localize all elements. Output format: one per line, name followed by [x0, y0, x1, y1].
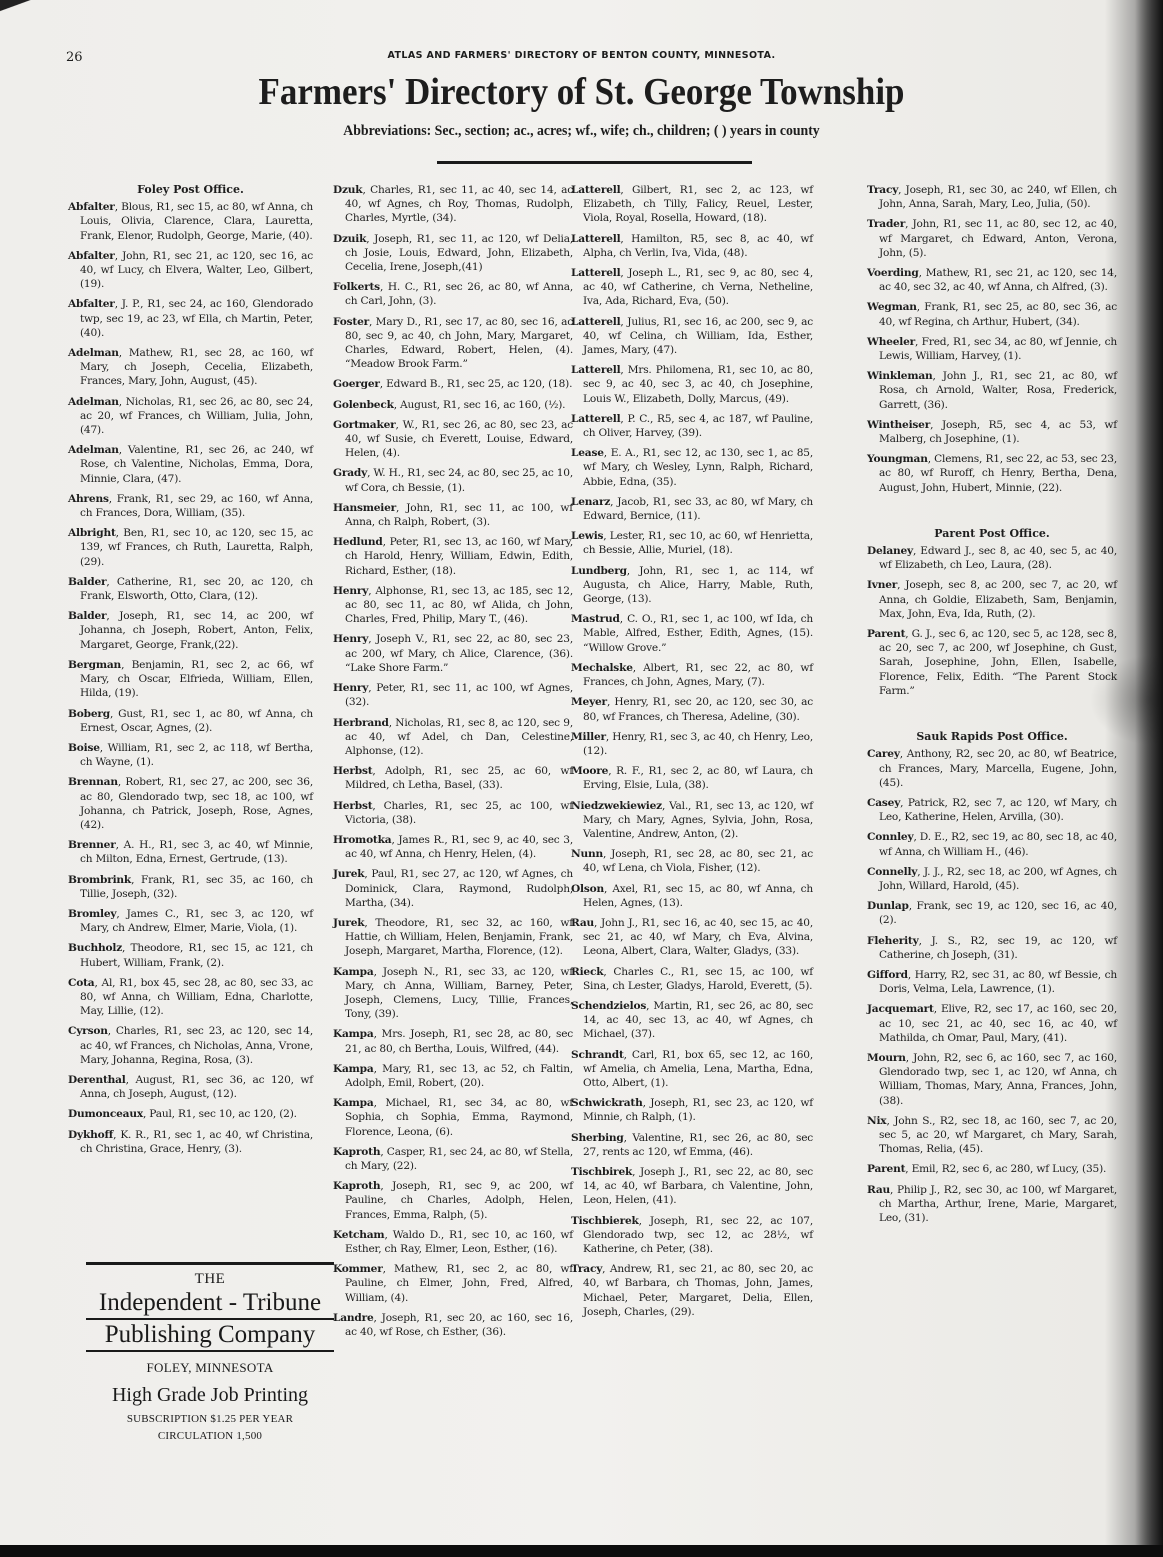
directory-entry: Dzuk, Charles, R1, sec 11, ac 40, sec 14…	[333, 183, 573, 226]
entry-surname: Lundberg	[571, 565, 627, 577]
entry-details: , William, R1, sec 2, ac 118, wf Bertha,…	[80, 742, 313, 768]
ad-publisher-name-line1: Independent - Tribune	[86, 1288, 334, 1320]
scan-bottom-border	[0, 1545, 1163, 1557]
directory-entry: Latterell, Julius, R1, sec 16, ac 200, s…	[571, 315, 813, 358]
directory-entry: Albright, Ben, R1, sec 10, ac 120, sec 1…	[68, 526, 313, 569]
entry-surname: Gifford	[867, 969, 908, 981]
entry-surname: Balder	[68, 610, 106, 622]
entry-surname: Hansmeier	[333, 502, 396, 514]
entry-surname: Brenner	[68, 839, 116, 851]
directory-column-1: Foley Post Office.Abfalter, Blous, R1, s…	[68, 183, 313, 1162]
entry-details: , Joseph, R1, sec 30, ac 240, wf Ellen, …	[879, 184, 1117, 210]
entry-surname: Hedlund	[333, 536, 383, 548]
entry-surname: Lewis	[571, 530, 603, 542]
directory-entry: Landre, Joseph, R1, sec 20, ac 160, sec …	[333, 1311, 573, 1339]
entry-details: , G. J., sec 6, ac 120, sec 5, ac 128, s…	[879, 628, 1117, 697]
entry-surname: Connley	[867, 831, 913, 843]
entry-details: , Peter, R1, sec 11, ac 100, wf Agnes, (…	[345, 682, 573, 708]
entry-details: , Joseph N., R1, sec 33, ac 120, wf Mary…	[345, 966, 573, 1021]
entry-surname: Kaproth	[333, 1146, 380, 1158]
entry-details: , E. A., R1, sec 12, ac 130, sec 1, ac 8…	[583, 447, 813, 487]
directory-entry: Parent, Emil, R2, sec 6, ac 280, wf Lucy…	[867, 1162, 1117, 1176]
entry-details: , Ben, R1, sec 10, ac 120, sec 15, ac 13…	[80, 527, 313, 567]
directory-entry: Grady, W. H., R1, sec 24, ac 80, sec 25,…	[333, 466, 573, 494]
entry-surname: Rau	[867, 1184, 890, 1196]
entry-surname: Tracy	[571, 1263, 602, 1275]
directory-entry: Lease, E. A., R1, sec 12, ac 130, sec 1,…	[571, 446, 813, 489]
entry-surname: Schrandt	[571, 1049, 624, 1061]
directory-entry: Kommer, Mathew, R1, sec 2, ac 80, wf Pau…	[333, 1262, 573, 1305]
entry-surname: Latterell	[571, 316, 620, 328]
directory-entry: Kampa, Joseph N., R1, sec 33, ac 120, wf…	[333, 965, 573, 1022]
entry-surname: Herbst	[333, 765, 372, 777]
directory-column-4: Tracy, Joseph, R1, sec 30, ac 240, wf El…	[867, 183, 1117, 1231]
entry-details: , Joseph, R1, sec 28, ac 80, sec 21, ac …	[583, 848, 813, 874]
entry-details: , Joseph, R1, sec 11, ac 120, wf Delia, …	[345, 233, 573, 273]
directory-entry: Cota, Al, R1, box 45, sec 28, ac 80, sec…	[68, 976, 313, 1019]
entry-surname: Nix	[867, 1115, 886, 1127]
entry-details: , Gust, R1, sec 1, ac 80, wf Anna, ch Er…	[80, 708, 313, 734]
directory-entry: Nunn, Joseph, R1, sec 28, ac 80, sec 21,…	[571, 847, 813, 875]
directory-entry: Kampa, Mary, R1, sec 13, ac 52, ch Falti…	[333, 1062, 573, 1090]
entry-surname: Casey	[867, 797, 900, 809]
directory-entry: Henry, Joseph V., R1, sec 22, ac 80, sec…	[333, 632, 573, 675]
entry-details: , August, R1, sec 16, ac 160, (½).	[394, 399, 566, 411]
entry-surname: Schendzielos	[571, 1000, 646, 1012]
directory-entry: Connley, D. E., R2, sec 19, ac 80, sec 1…	[867, 830, 1117, 858]
entry-details: , Fred, R1, sec 34, ac 80, wf Jennie, ch…	[879, 336, 1117, 362]
entry-surname: Meyer	[571, 696, 607, 708]
directory-entry: Wintheiser, Joseph, R5, sec 4, ac 53, wf…	[867, 418, 1117, 446]
directory-entry: Schendzielos, Martin, R1, sec 26, ac 80,…	[571, 999, 813, 1042]
entry-surname: Sherbing	[571, 1132, 624, 1144]
entry-details: , Anthony, R2, sec 20, ac 80, wf Beatric…	[879, 748, 1117, 788]
entry-surname: Latterell	[571, 184, 620, 196]
entry-surname: Landre	[333, 1312, 374, 1324]
directory-entry: Niedzwekiewiez, Val., R1, sec 13, ac 120…	[571, 799, 813, 842]
entry-details: , Harry, R2, sec 31, ac 80, wf Bessie, c…	[879, 969, 1117, 995]
directory-entry: Foster, Mary D., R1, sec 17, ac 80, sec …	[333, 315, 573, 372]
directory-entry: Boberg, Gust, R1, sec 1, ac 80, wf Anna,…	[68, 707, 313, 735]
post-office-heading: Sauk Rapids Post Office.	[867, 730, 1117, 744]
directory-entry: Kampa, Michael, R1, sec 34, ac 80, wf So…	[333, 1096, 573, 1139]
entry-surname: Boberg	[68, 708, 110, 720]
directory-entry: Ahrens, Frank, R1, sec 29, ac 160, wf An…	[68, 492, 313, 520]
entry-details: , Frank, R1, sec 29, ac 160, wf Anna, ch…	[80, 493, 313, 519]
entry-details: , Edward B., R1, sec 25, ac 120, (18).	[380, 378, 573, 390]
directory-entry: Lewis, Lester, R1, sec 10, ac 60, wf Hen…	[571, 529, 813, 557]
entry-surname: Abfalter	[68, 298, 115, 310]
directory-entry: Kaproth, Joseph, R1, sec 9, ac 200, wf P…	[333, 1179, 573, 1222]
directory-entry: Miller, Henry, R1, sec 3, ac 40, ch Henr…	[571, 730, 813, 758]
entry-details: , Mary, R1, sec 13, ac 52, ch Faltin, Ad…	[345, 1063, 573, 1089]
directory-entry: Abfalter, Blous, R1, sec 15, ac 80, wf A…	[68, 200, 313, 243]
directory-entry: Dykhoff, K. R., R1, sec 1, ac 40, wf Chr…	[68, 1128, 313, 1156]
directory-entry: Ivner, Joseph, sec 8, ac 200, sec 7, ac …	[867, 578, 1117, 621]
entry-surname: Ivner	[867, 579, 897, 591]
directory-entry: Brombrink, Frank, R1, sec 35, ac 160, ch…	[68, 873, 313, 901]
entry-surname: Adelman	[68, 347, 119, 359]
entry-details: , Adolph, R1, sec 25, ac 60, wf Mildred,…	[345, 765, 573, 791]
entry-surname: Herbst	[333, 800, 372, 812]
directory-entry: Bromley, James C., R1, sec 3, ac 120, wf…	[68, 907, 313, 935]
ad-city: FOLEY, MINNESOTA	[86, 1360, 334, 1376]
entry-surname: Cyrson	[68, 1025, 108, 1037]
entry-surname: Golenbeck	[333, 399, 394, 411]
directory-entry: Derenthal, August, R1, sec 36, ac 120, w…	[68, 1073, 313, 1101]
entry-surname: Gortmaker	[333, 419, 396, 431]
section-spacer	[867, 501, 1117, 527]
entry-details: , Henry, R1, sec 20, ac 120, sec 30, ac …	[583, 696, 813, 722]
post-office-heading: Parent Post Office.	[867, 527, 1117, 541]
directory-entry: Gortmaker, W., R1, sec 26, ac 80, sec 23…	[333, 418, 573, 461]
entry-details: , Paul, R1, sec 27, ac 120, wf Agnes, ch…	[345, 868, 573, 908]
entry-details: , Joseph V., R1, sec 22, ac 80, sec 23, …	[345, 633, 573, 673]
directory-entry: Kampa, Mrs. Joseph, R1, sec 28, ac 80, s…	[333, 1027, 573, 1055]
directory-entry: Henry, Peter, R1, sec 11, ac 100, wf Agn…	[333, 681, 573, 709]
directory-entry: Balder, Catherine, R1, sec 20, ac 120, c…	[68, 575, 313, 603]
entry-surname: Dzuik	[333, 233, 366, 245]
entry-surname: Dykhoff	[68, 1129, 113, 1141]
directory-entry: Goerger, Edward B., R1, sec 25, ac 120, …	[333, 377, 573, 391]
directory-entry: Fleherity, J. S., R2, sec 19, ac 120, wf…	[867, 934, 1117, 962]
directory-entry: Tracy, Andrew, R1, sec 21, ac 80, sec 20…	[571, 1262, 813, 1319]
entry-surname: Abfalter	[68, 250, 115, 262]
directory-entry: Delaney, Edward J., sec 8, ac 40, sec 5,…	[867, 544, 1117, 572]
entry-details: , Charles, R1, sec 23, ac 120, sec 14, a…	[80, 1025, 313, 1065]
entry-surname: Latterell	[571, 364, 620, 376]
entry-surname: Tischbirek	[571, 1166, 632, 1178]
entry-surname: Trader	[867, 218, 905, 230]
entry-surname: Wegman	[867, 301, 917, 313]
entry-surname: Henry	[333, 682, 368, 694]
entry-details: , John, R2, sec 6, ac 160, sec 7, ac 160…	[879, 1052, 1117, 1107]
directory-entry: Cyrson, Charles, R1, sec 23, ac 120, sec…	[68, 1024, 313, 1067]
entry-details: , Mary D., R1, sec 17, ac 80, sec 16, ac…	[345, 316, 573, 371]
entry-details: , John J., R1, sec 16, ac 40, sec 15, ac…	[583, 917, 813, 957]
entry-surname: Kommer	[333, 1263, 383, 1275]
entry-details: , John, R1, sec 21, ac 120, sec 16, ac 4…	[80, 250, 313, 290]
directory-entry: Balder, Joseph, R1, sec 14, ac 200, wf J…	[68, 609, 313, 652]
entry-surname: Mourn	[867, 1052, 906, 1064]
entry-surname: Dumonceaux	[68, 1108, 143, 1120]
section-spacer	[867, 704, 1117, 730]
entry-surname: Tischbierek	[571, 1215, 639, 1227]
directory-entry: Wheeler, Fred, R1, sec 34, ac 80, wf Jen…	[867, 335, 1117, 363]
entry-surname: Wintheiser	[867, 419, 930, 431]
entry-surname: Kaproth	[333, 1180, 380, 1192]
directory-column-3: Latterell, Gilbert, R1, sec 2, ac 123, w…	[571, 183, 813, 1325]
directory-entry: Wegman, Frank, R1, sec 25, ac 80, sec 36…	[867, 300, 1117, 328]
entry-details: , Blous, R1, sec 15, ac 80, wf Anna, ch …	[80, 201, 313, 241]
entry-details: , J. P., R1, sec 24, ac 160, Glendorado …	[80, 298, 313, 338]
entry-details: , Andrew, R1, sec 21, ac 80, sec 20, ac …	[583, 1263, 813, 1318]
page-title: Farmers' Directory of St. George Townshi…	[47, 70, 1117, 114]
directory-entry: Tischbirek, Joseph J., R1, sec 22, ac 80…	[571, 1165, 813, 1208]
directory-entry: Carey, Anthony, R2, sec 20, ac 80, wf Be…	[867, 747, 1117, 790]
entry-details: , Edward J., sec 8, ac 40, sec 5, ac 40,…	[879, 545, 1117, 571]
entry-details: , John, R1, sec 11, ac 80, sec 12, ac 40…	[879, 218, 1117, 258]
directory-entry: Buchholz, Theodore, R1, sec 15, ac 121, …	[68, 941, 313, 969]
scanned-page: 26 ATLAS AND FARMERS' DIRECTORY OF BENTO…	[0, 0, 1163, 1557]
entry-surname: Parent	[867, 1163, 905, 1175]
scan-corner-artifact	[0, 0, 60, 14]
entry-surname: Nunn	[571, 848, 603, 860]
directory-entry: Youngman, Clemens, R1, sec 22, ac 53, se…	[867, 452, 1117, 495]
directory-entry: Jacquemart, Elive, R2, sec 17, ac 160, s…	[867, 1002, 1117, 1045]
entry-surname: Rieck	[571, 966, 603, 978]
directory-entry: Hansmeier, John, R1, sec 11, ac 100, wf …	[333, 501, 573, 529]
directory-entry: Jurek, Theodore, R1, sec 32, ac 160, wf …	[333, 916, 573, 959]
entry-details: , Theodore, R1, sec 32, ac 160, wf Hatti…	[345, 917, 573, 957]
directory-entry: Jurek, Paul, R1, sec 27, ac 120, wf Agne…	[333, 867, 573, 910]
directory-entry: Nix, John S., R2, sec 18, ac 160, sec 7,…	[867, 1114, 1117, 1157]
directory-entry: Parent, G. J., sec 6, ac 120, sec 5, ac …	[867, 627, 1117, 698]
entry-surname: Schwickrath	[571, 1097, 643, 1109]
directory-entry: Henry, Alphonse, R1, sec 13, ac 185, sec…	[333, 584, 573, 627]
scan-edge-shadow	[1135, 0, 1163, 1557]
entry-surname: Buchholz	[68, 942, 122, 954]
directory-entry: Meyer, Henry, R1, sec 20, ac 120, sec 30…	[571, 695, 813, 723]
directory-entry: Lundberg, John, R1, sec 1, ac 114, wf Au…	[571, 564, 813, 607]
entry-surname: Parent	[867, 628, 905, 640]
directory-entry: Latterell, Hamilton, R5, sec 8, ac 40, w…	[571, 232, 813, 260]
directory-entry: Herbrand, Nicholas, R1, sec 8, ac 120, s…	[333, 716, 573, 759]
entry-surname: Kampa	[333, 1028, 374, 1040]
entry-details: , Michael, R1, sec 34, ac 80, wf Sophia,…	[345, 1097, 573, 1137]
entry-surname: Dunlap	[867, 900, 909, 912]
entry-details: , R. F., R1, sec 2, ac 80, wf Laura, ch …	[583, 765, 813, 791]
directory-entry: Schrandt, Carl, R1, box 65, sec 12, ac 1…	[571, 1048, 813, 1091]
entry-surname: Moore	[571, 765, 608, 777]
entry-surname: Latterell	[571, 233, 620, 245]
entry-details: , Mrs. Joseph, R1, sec 28, ac 80, sec 21…	[345, 1028, 573, 1054]
entry-details: , A. H., R1, sec 3, ac 40, wf Minnie, ch…	[80, 839, 313, 865]
directory-column-2: Dzuk, Charles, R1, sec 11, ac 40, sec 14…	[333, 183, 573, 1345]
directory-entry: Dunlap, Frank, sec 19, ac 120, sec 16, a…	[867, 899, 1117, 927]
entry-surname: Albright	[68, 527, 116, 539]
directory-entry: Herbst, Charles, R1, sec 25, ac 100, wf …	[333, 799, 573, 827]
entry-details: , Charles, R1, sec 11, ac 40, sec 14, ac…	[345, 184, 573, 224]
entry-details: , Emil, R2, sec 6, ac 280, wf Lucy, (35)…	[905, 1163, 1106, 1175]
entry-details: , Casper, R1, sec 24, ac 80, wf Stella, …	[345, 1146, 573, 1172]
entry-surname: Adelman	[68, 444, 119, 456]
entry-details: , D. E., R2, sec 19, ac 80, sec 18, ac 4…	[879, 831, 1117, 857]
entry-details: , Joseph, R1, sec 14, ac 200, wf Johanna…	[80, 610, 313, 650]
directory-entry: Winkleman, John J., R1, sec 21, ac 80, w…	[867, 369, 1117, 412]
entry-details: , John S., R2, sec 18, ac 160, sec 7, ac…	[879, 1115, 1117, 1155]
directory-entry: Adelman, Valentine, R1, sec 26, ac 240, …	[68, 443, 313, 486]
directory-entry: Rieck, Charles C., R1, sec 15, ac 100, w…	[571, 965, 813, 993]
directory-entry: Olson, Axel, R1, sec 15, ac 80, wf Anna,…	[571, 882, 813, 910]
directory-entry: Tracy, Joseph, R1, sec 30, ac 240, wf El…	[867, 183, 1117, 211]
entry-surname: Delaney	[867, 545, 913, 557]
entry-surname: Mechalske	[571, 662, 633, 674]
entry-surname: Jacquemart	[867, 1003, 934, 1015]
publisher-advertisement: THE Independent - Tribune Publishing Com…	[86, 1262, 334, 1442]
directory-entry: Tischbierek, Joseph, R1, sec 22, ac 107,…	[571, 1214, 813, 1257]
ad-publisher-name-line2: Publishing Company	[86, 1320, 334, 1352]
entry-details: , Catherine, R1, sec 20, ac 120, ch Fran…	[80, 576, 313, 602]
entry-details: , Frank, sec 19, ac 120, sec 16, ac 40, …	[879, 900, 1117, 926]
ad-subscription: SUBSCRIPTION $1.25 PER YEAR	[86, 1413, 334, 1425]
entry-details: , Joseph, R1, sec 9, ac 200, wf Pauline,…	[345, 1180, 573, 1220]
entry-surname: Tracy	[867, 184, 898, 196]
directory-entry: Voerding, Mathew, R1, sec 21, ac 120, se…	[867, 266, 1117, 294]
directory-entry: Brenner, A. H., R1, sec 3, ac 40, wf Min…	[68, 838, 313, 866]
entry-surname: Lenarz	[571, 496, 610, 508]
entry-surname: Connelly	[867, 866, 917, 878]
entry-surname: Foster	[333, 316, 369, 328]
entry-surname: Youngman	[867, 453, 928, 465]
entry-surname: Folkerts	[333, 281, 380, 293]
entry-details: , Axel, R1, sec 15, ac 80, wf Anna, ch H…	[583, 883, 813, 909]
entry-details: , Lester, R1, sec 10, ac 60, wf Henriett…	[583, 530, 813, 556]
entry-details: , Alphonse, R1, sec 13, ac 185, sec 12, …	[345, 585, 573, 625]
entry-surname: Jurek	[333, 917, 364, 929]
entry-surname: Goerger	[333, 378, 380, 390]
entry-details: , Philip J., R2, sec 30, ac 100, wf Marg…	[879, 1184, 1117, 1224]
directory-entry: Latterell, Mrs. Philomena, R1, sec 10, a…	[571, 363, 813, 406]
entry-surname: Hromotka	[333, 834, 391, 846]
entry-surname: Fleherity	[867, 935, 919, 947]
entry-details: , H. C., R1, sec 26, ac 80, wf Anna, ch …	[345, 281, 573, 307]
entry-details: , Henry, R1, sec 3, ac 40, ch Henry, Leo…	[583, 731, 813, 757]
entry-surname: Rau	[571, 917, 594, 929]
entry-surname: Abfalter	[68, 201, 115, 213]
entry-details: , K. R., R1, sec 1, ac 40, wf Christina,…	[80, 1129, 313, 1155]
directory-entry: Dzuik, Joseph, R1, sec 11, ac 120, wf De…	[333, 232, 573, 275]
directory-entry: Kaproth, Casper, R1, sec 24, ac 80, wf S…	[333, 1145, 573, 1173]
entry-surname: Kampa	[333, 1097, 374, 1109]
directory-entry: Boise, William, R1, sec 2, ac 118, wf Be…	[68, 741, 313, 769]
directory-entry: Moore, R. F., R1, sec 2, ac 80, wf Laura…	[571, 764, 813, 792]
ad-divider	[86, 1262, 334, 1265]
entry-surname: Kampa	[333, 1063, 374, 1075]
ad-the: THE	[86, 1271, 334, 1288]
entry-surname: Brennan	[68, 776, 118, 788]
entry-surname: Bromley	[68, 908, 116, 920]
entry-surname: Olson	[571, 883, 604, 895]
entry-surname: Boise	[68, 742, 100, 754]
entry-surname: Lease	[571, 447, 604, 459]
entry-surname: Balder	[68, 576, 106, 588]
directory-entry: Latterell, Joseph L., R1, sec 9, ac 80, …	[571, 266, 813, 309]
entry-surname: Henry	[333, 633, 368, 645]
entry-surname: Miller	[571, 731, 606, 743]
entry-details: , Charles C., R1, sec 15, ac 100, wf Sin…	[583, 966, 813, 992]
directory-entry: Mechalske, Albert, R1, sec 22, ac 80, wf…	[571, 661, 813, 689]
directory-entry: Abfalter, John, R1, sec 21, ac 120, sec …	[68, 249, 313, 292]
directory-entry: Herbst, Adolph, R1, sec 25, ac 60, wf Mi…	[333, 764, 573, 792]
directory-entry: Ketcham, Waldo D., R1, sec 10, ac 160, w…	[333, 1228, 573, 1256]
directory-entry: Adelman, Nicholas, R1, sec 26, ac 80, se…	[68, 395, 313, 438]
ad-tagline: High Grade Job Printing	[86, 1384, 334, 1407]
entry-surname: Kampa	[333, 966, 374, 978]
entry-details: , W. H., R1, sec 24, ac 80, sec 25, ac 1…	[345, 467, 573, 493]
entry-surname: Niedzwekiewiez	[571, 800, 662, 812]
entry-surname: Dzuk	[333, 184, 362, 196]
entry-surname: Latterell	[571, 267, 620, 279]
entry-surname: Brombrink	[68, 874, 131, 886]
directory-entry: Latterell, P. C., R5, sec 4, ac 187, wf …	[571, 412, 813, 440]
directory-entry: Rau, Philip J., R2, sec 30, ac 100, wf M…	[867, 1183, 1117, 1226]
post-office-heading: Foley Post Office.	[68, 183, 313, 197]
entry-surname: Ketcham	[333, 1229, 384, 1241]
directory-entry: Schwickrath, Joseph, R1, sec 23, ac 120,…	[571, 1096, 813, 1124]
entry-surname: Latterell	[571, 413, 620, 425]
directory-entry: Mastrud, C. O., R1, sec 1, ac 100, wf Id…	[571, 612, 813, 655]
entry-surname: Derenthal	[68, 1074, 126, 1086]
entry-surname: Grady	[333, 467, 367, 479]
directory-entry: Trader, John, R1, sec 11, ac 80, sec 12,…	[867, 217, 1117, 260]
directory-entry: Sherbing, Valentine, R1, sec 26, ac 80, …	[571, 1131, 813, 1159]
directory-entry: Casey, Patrick, R2, sec 7, ac 120, wf Ma…	[867, 796, 1117, 824]
directory-entry: Hedlund, Peter, R1, sec 13, ac 160, wf M…	[333, 535, 573, 578]
entry-details: , Paul, R1, sec 10, ac 120, (2).	[143, 1108, 297, 1120]
entry-details: , Joseph, R1, sec 20, ac 160, sec 16, ac…	[345, 1312, 573, 1338]
entry-surname: Carey	[867, 748, 900, 760]
directory-entry: Latterell, Gilbert, R1, sec 2, ac 123, w…	[571, 183, 813, 226]
ad-circulation: CIRCULATION 1,500	[86, 1430, 334, 1442]
entry-details: , Charles, R1, sec 25, ac 100, wf Victor…	[345, 800, 573, 826]
entry-details: , Patrick, R2, sec 7, ac 120, wf Mary, c…	[879, 797, 1117, 823]
directory-entry: Abfalter, J. P., R1, sec 24, ac 160, Gle…	[68, 297, 313, 340]
entry-details: , Al, R1, box 45, sec 28, ac 80, sec 33,…	[80, 977, 313, 1017]
directory-entry: Gifford, Harry, R2, sec 31, ac 80, wf Be…	[867, 968, 1117, 996]
directory-entry: Mourn, John, R2, sec 6, ac 160, sec 7, a…	[867, 1051, 1117, 1108]
entry-surname: Bergman	[68, 659, 121, 671]
directory-entry: Folkerts, H. C., R1, sec 26, ac 80, wf A…	[333, 280, 573, 308]
entry-surname: Jurek	[333, 868, 364, 880]
entry-details: , Jacob, R1, sec 33, ac 80, wf Mary, ch …	[583, 496, 813, 522]
entry-surname: Mastrud	[571, 613, 620, 625]
entry-surname: Ahrens	[68, 493, 109, 505]
directory-entry: Rau, John J., R1, sec 16, ac 40, sec 15,…	[571, 916, 813, 959]
entry-surname: Adelman	[68, 396, 119, 408]
abbreviations-legend: Abbreviations: Sec., section; ac., acres…	[47, 123, 1117, 140]
entry-details: , Joseph, sec 8, ac 200, sec 7, ac 20, w…	[879, 579, 1117, 619]
entry-surname: Cota	[68, 977, 94, 989]
directory-entry: Dumonceaux, Paul, R1, sec 10, ac 120, (2…	[68, 1107, 313, 1121]
directory-entry: Adelman, Mathew, R1, sec 28, ac 160, wf …	[68, 346, 313, 389]
directory-entry: Bergman, Benjamin, R1, sec 2, ac 66, wf …	[68, 658, 313, 701]
entry-surname: Voerding	[867, 267, 919, 279]
directory-entry: Brennan, Robert, R1, sec 27, ac 200, sec…	[68, 775, 313, 832]
title-divider	[437, 161, 752, 164]
directory-entry: Connelly, J. J., R2, sec 18, ac 200, wf …	[867, 865, 1117, 893]
directory-entry: Golenbeck, August, R1, sec 16, ac 160, (…	[333, 398, 573, 412]
entry-surname: Herbrand	[333, 717, 389, 729]
entry-surname: Winkleman	[867, 370, 933, 382]
entry-surname: Wheeler	[867, 336, 915, 348]
entry-surname: Henry	[333, 585, 368, 597]
directory-entry: Lenarz, Jacob, R1, sec 33, ac 80, wf Mar…	[571, 495, 813, 523]
running-head: ATLAS AND FARMERS' DIRECTORY OF BENTON C…	[0, 50, 1163, 61]
directory-entry: Hromotka, James R., R1, sec 9, ac 40, se…	[333, 833, 573, 861]
